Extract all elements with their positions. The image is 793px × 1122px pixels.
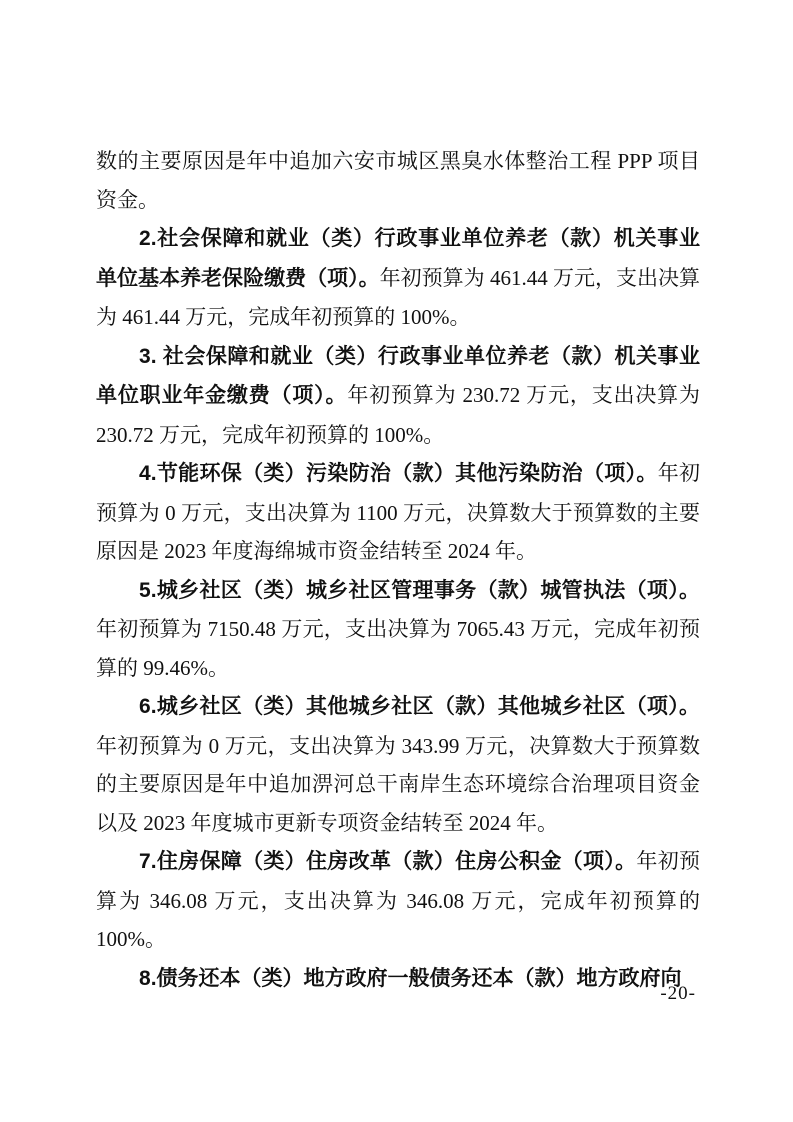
paragraph-item-2: 2.社会保障和就业（类）行政事业单位养老（款）机关事业单位基本养老保险缴费（项）…	[96, 219, 700, 337]
paragraph-item-8: 8.债务还本（类）地方政府一般债务还本（款）地方政府向	[96, 959, 700, 999]
paragraph-text: 数的主要原因是年中追加六安市城区黑臭水体整治工程 PPP 项目资金。	[96, 149, 700, 212]
paragraph-heading: 8.债务还本（类）地方政府一般债务还本（款）地方政府向	[139, 967, 682, 990]
paragraph-item-4: 4.节能环保（类）污染防治（款）其他污染防治（项）。年初预算为 0 万元，支出决…	[96, 454, 700, 571]
paragraph-heading: 5.城乡社区（类）城乡社区管理事务（款）城管执法（项）。	[139, 579, 700, 602]
document-body: 数的主要原因是年中追加六安市城区黑臭水体整治工程 PPP 项目资金。 2.社会保…	[96, 142, 700, 998]
paragraph-text: 年初预算为 7150.48 万元，支出决算为 7065.43 万元，完成年初预算…	[96, 617, 700, 680]
paragraph-continuation: 数的主要原因是年中追加六安市城区黑臭水体整治工程 PPP 项目资金。	[96, 142, 700, 219]
paragraph-heading: 7.住房保障（类）住房改革（款）住房公积金（项）。	[139, 850, 636, 873]
paragraph-item-3: 3. 社会保障和就业（类）行政事业单位养老（款）机关事业单位职业年金缴费（项）。…	[96, 337, 700, 455]
paragraph-text: 年初预算为 0 万元，支出决算为 343.99 万元，决算数大于预算数的主要原因…	[96, 734, 700, 835]
paragraph-item-7: 7.住房保障（类）住房改革（款）住房公积金（项）。年初预算为 346.08 万元…	[96, 842, 700, 959]
paragraph-heading: 6.城乡社区（类）其他城乡社区（款）其他城乡社区（项）。	[139, 695, 700, 718]
page-number: -20-	[660, 984, 696, 1004]
document-page: 数的主要原因是年中追加六安市城区黑臭水体整治工程 PPP 项目资金。 2.社会保…	[0, 0, 793, 1122]
paragraph-item-5: 5.城乡社区（类）城乡社区管理事务（款）城管执法（项）。年初预算为 7150.4…	[96, 571, 700, 688]
paragraph-item-6: 6.城乡社区（类）其他城乡社区（款）其他城乡社区（项）。年初预算为 0 万元，支…	[96, 687, 700, 842]
paragraph-heading: 4.节能环保（类）污染防治（款）其他污染防治（项）。	[139, 462, 658, 485]
